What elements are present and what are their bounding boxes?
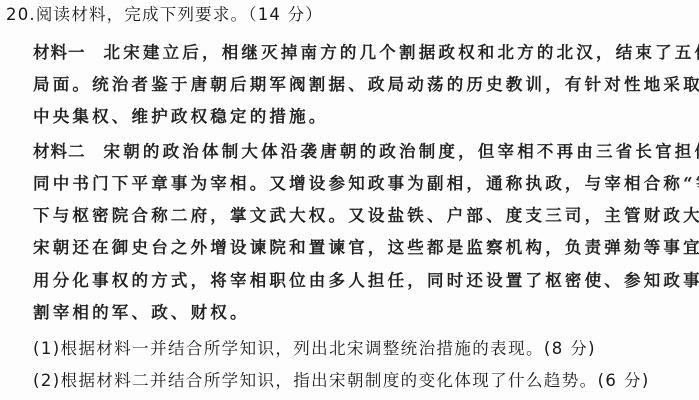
material-2-line-6: 割宰相的军、政、财权。: [33, 302, 250, 324]
material-1-text-2: 局面。统治者鉴于唐朝后期军阀割据、政局动荡的历史教训，有针对性地采取了一系列强化: [33, 75, 699, 94]
material-1-label: 材料一: [33, 43, 86, 62]
sub-question-1: (1)根据材料一并结合所学知识，列出北宋调整统治措施的表现。(8 分): [33, 338, 596, 360]
material-1-line-1: 材料一北宋建立后，相继灭掉南方的几个割据政权和北方的北汉，结束了五代十国的分离: [33, 42, 699, 64]
material-2-text-1: 宋朝的政治体制大体沿袭唐朝的政治制度，但宰相不再由三省长官担任，而是另以: [104, 142, 699, 161]
material-2-text-3: 下与枢密院合称二府，掌文武大权。又设盐铁、户部、度支三司，主管财政大权，号称计省…: [33, 206, 699, 225]
material-2-line-1: 材料二宋朝的政治体制大体沿袭唐朝的政治制度，但宰相不再由三省长官担任，而是另以: [33, 141, 699, 163]
material-2-text-4: 宋朝还在御史台之外增设谏院和置谏官，这些都是监察机构，负责弹劾等事宜。北宋政府采: [33, 238, 699, 257]
material-1-line-3: 中央集权、维护政权稳定的措施。: [33, 106, 329, 128]
material-1-text-3: 中央集权、维护政权稳定的措施。: [33, 107, 329, 126]
material-2-text-2: 同中书门下平章事为宰相。又增设参知政事为副相，通称执政，与宰相合称“宰执”。中书…: [33, 174, 699, 193]
material-2-label: 材料二: [33, 142, 86, 161]
material-2-line-5: 用分化事权的方式，将宰相职位由多人担任，同时还设置了枢密使、参知政事、三司使，来…: [33, 270, 699, 292]
material-1-line-2: 局面。统治者鉴于唐朝后期军阀割据、政局动荡的历史教训，有针对性地采取了一系列强化: [33, 74, 699, 96]
sub-question-1-text: (1)根据材料一并结合所学知识，列出北宋调整统治措施的表现。(8 分): [33, 339, 596, 358]
question-heading: 20.阅读材料，完成下列要求。（14 分）: [6, 4, 323, 26]
sub-question-2-text: (2)根据材料二并结合所学知识，指出宋朝制度的变化体现了什么趋势。(6 分): [33, 371, 650, 390]
exam-page: 20.阅读材料，完成下列要求。（14 分） 材料一北宋建立后，相继灭掉南方的几个…: [0, 0, 699, 400]
material-2-line-2: 同中书门下平章事为宰相。又增设参知政事为副相，通称执政，与宰相合称“宰执”。中书…: [33, 173, 699, 195]
material-1-text-1: 北宋建立后，相继灭掉南方的几个割据政权和北方的北汉，结束了五代十国的分离: [104, 43, 699, 62]
material-2-text-6: 割宰相的军、政、财权。: [33, 303, 250, 322]
material-2-line-3: 下与枢密院合称二府，掌文武大权。又设盐铁、户部、度支三司，主管财政大权，号称计省…: [33, 205, 699, 227]
question-number: 20.: [6, 5, 36, 24]
material-2-text-5: 用分化事权的方式，将宰相职位由多人担任，同时还设置了枢密使、参知政事、三司使，来…: [33, 271, 699, 290]
sub-question-2: (2)根据材料二并结合所学知识，指出宋朝制度的变化体现了什么趋势。(6 分): [33, 370, 650, 392]
material-2-line-4: 宋朝还在御史台之外增设谏院和置谏官，这些都是监察机构，负责弹劾等事宜。北宋政府采: [33, 237, 699, 259]
question-title: 阅读材料，完成下列要求。（14 分）: [36, 5, 323, 24]
